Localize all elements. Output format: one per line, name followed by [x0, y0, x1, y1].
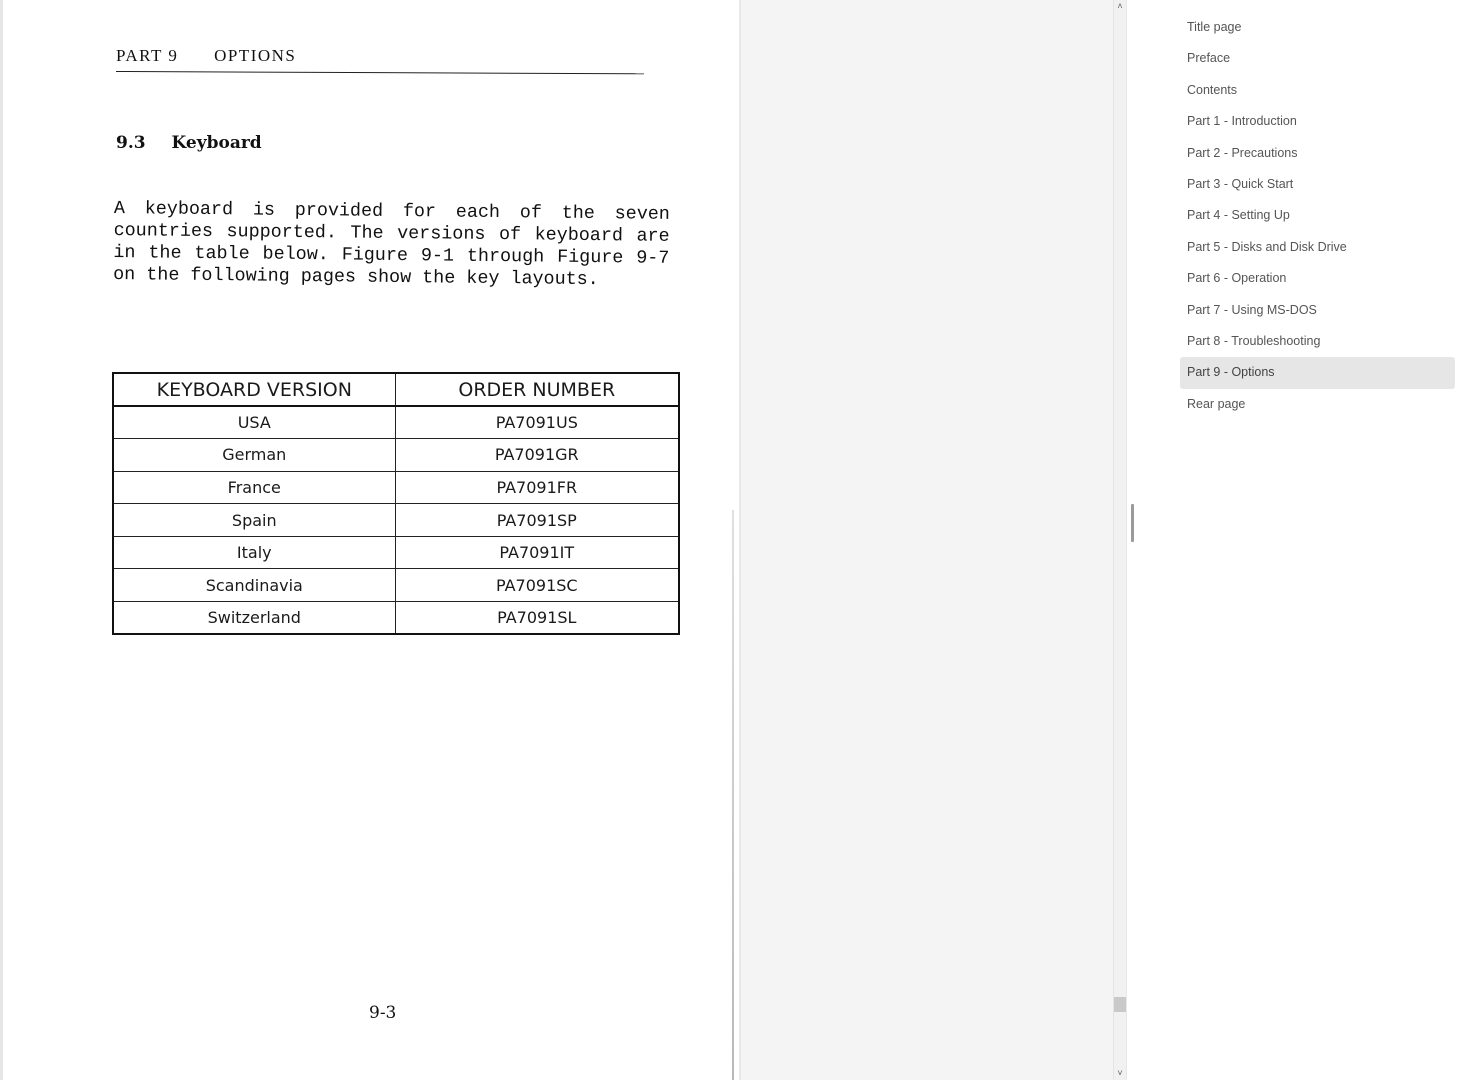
splitter-grip-handle[interactable]: [1131, 504, 1134, 542]
toc-item-title-page[interactable]: Title page: [1180, 12, 1455, 43]
order-number-cell: PA7091FR: [395, 471, 679, 504]
document-page: PART 9 OPTIONS 9.3 Keyboard A keyboard i…: [3, 0, 740, 1080]
scroll-thumb[interactable]: [1114, 997, 1126, 1012]
toc-item-part-2-precautions[interactable]: Part 2 - Precautions: [1180, 138, 1455, 169]
keyboard-version-cell: Italy: [113, 536, 395, 569]
section-heading: 9.3 Keyboard: [116, 133, 262, 153]
table-row: GermanPA7091GR: [113, 439, 679, 472]
toc-item-part-8-troubleshooting[interactable]: Part 8 - Troubleshooting: [1180, 326, 1455, 357]
order-number-cell: PA7091IT: [395, 536, 679, 569]
order-number-cell: PA7091SC: [395, 569, 679, 602]
keyboard-version-cell: Spain: [113, 504, 395, 537]
toc-list: Title pagePrefaceContentsPart 1 - Introd…: [1180, 12, 1455, 420]
scroll-up-arrow-icon[interactable]: ˄: [1114, 0, 1126, 14]
order-number-cell: PA7091SP: [395, 504, 679, 537]
order-number-cell: PA7091SL: [395, 602, 679, 635]
keyboard-version-cell: USA: [113, 406, 395, 439]
keyboard-version-cell: Switzerland: [113, 602, 395, 635]
order-number-cell: PA7091US: [395, 406, 679, 439]
toc-item-rear-page[interactable]: Rear page: [1180, 389, 1455, 420]
toc-item-preface[interactable]: Preface: [1180, 43, 1455, 74]
panel-splitter[interactable]: [1127, 0, 1139, 1080]
keyboard-version-cell: Scandinavia: [113, 569, 395, 602]
table-header-row: KEYBOARD VERSION ORDER NUMBER: [113, 373, 679, 406]
keyboard-version-table: KEYBOARD VERSION ORDER NUMBER USAPA7091U…: [112, 372, 680, 635]
table-row: SwitzerlandPA7091SL: [113, 602, 679, 635]
toc-item-part-7-using-ms-dos[interactable]: Part 7 - Using MS-DOS: [1180, 295, 1455, 326]
table-row: SpainPA7091SP: [113, 504, 679, 537]
toc-item-part-5-disks-and-disk-drive[interactable]: Part 5 - Disks and Disk Drive: [1180, 232, 1455, 263]
toc-item-part-6-operation[interactable]: Part 6 - Operation: [1180, 263, 1455, 294]
running-head-rule: [116, 71, 644, 74]
table-row: ItalyPA7091IT: [113, 536, 679, 569]
running-head: PART 9 OPTIONS: [116, 46, 296, 66]
section-number: 9.3: [116, 133, 146, 153]
vertical-scrollbar[interactable]: ˄ ˅: [1113, 0, 1127, 1080]
page-number: 9-3: [369, 1003, 396, 1023]
section-title: Keyboard: [172, 133, 262, 153]
toc-item-part-1-introduction[interactable]: Part 1 - Introduction: [1180, 106, 1455, 137]
body-paragraph: A keyboard is provided for each of the s…: [113, 198, 670, 292]
table-row: ScandinaviaPA7091SC: [113, 569, 679, 602]
table-row: FrancePA7091FR: [113, 471, 679, 504]
table-row: USAPA7091US: [113, 406, 679, 439]
running-head-title: OPTIONS: [214, 46, 296, 65]
keyboard-version-cell: France: [113, 471, 395, 504]
keyboard-version-cell: German: [113, 439, 395, 472]
toc-item-part-4-setting-up[interactable]: Part 4 - Setting Up: [1180, 200, 1455, 231]
toc-item-part-9-options[interactable]: Part 9 - Options: [1180, 357, 1455, 388]
running-head-part: PART 9: [116, 46, 178, 65]
order-number-cell: PA7091GR: [395, 439, 679, 472]
column-header-keyboard-version: KEYBOARD VERSION: [113, 373, 395, 406]
table-of-contents-sidebar: Title pagePrefaceContentsPart 1 - Introd…: [1139, 0, 1463, 1080]
page-edge: [739, 0, 741, 1080]
toc-item-contents[interactable]: Contents: [1180, 75, 1455, 106]
scroll-down-arrow-icon[interactable]: ˅: [1114, 1066, 1126, 1080]
column-header-order-number: ORDER NUMBER: [395, 373, 679, 406]
toc-item-part-3-quick-start[interactable]: Part 3 - Quick Start: [1180, 169, 1455, 200]
document-viewer[interactable]: PART 9 OPTIONS 9.3 Keyboard A keyboard i…: [0, 0, 1113, 1080]
page-fold-shadow: [732, 510, 734, 1080]
